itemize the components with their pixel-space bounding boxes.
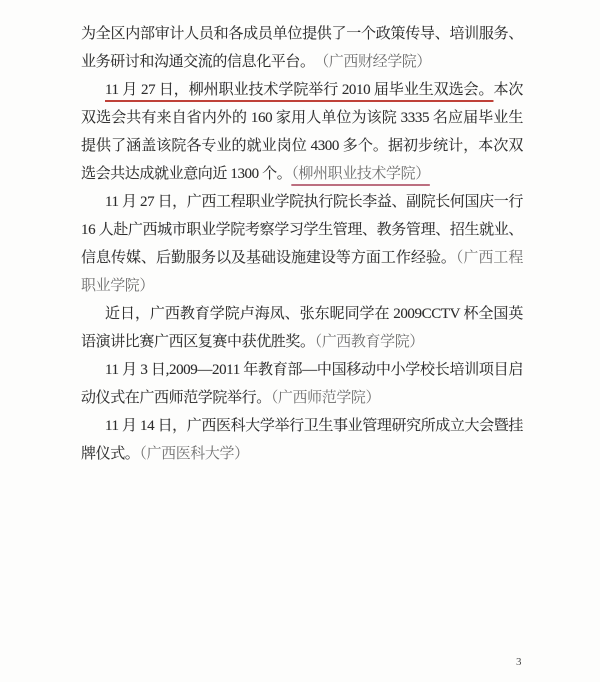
body-text: 为全区内部审计人员和各成员单位提供了一个政策传导、培训服务、业务研讨和沟通交流的…: [81, 26, 523, 70]
page-number: 3: [516, 656, 522, 668]
source-attribution: （广西师范学院）: [271, 390, 380, 406]
paragraph: 11 月 14 日，广西医科大学举行卫生事业管理研究所成立大会暨挂牌仪式。（广西…: [81, 412, 523, 468]
paragraph: 11 月 27 日，广西工程职业学院执行院长李益、副院长何国庆一行 16 人赴广…: [81, 188, 523, 300]
source-attribution: （广西医科大学）: [139, 446, 248, 462]
paragraph: 11 月 3 日,2009—2011 年教育部—中国移动中小学校长培训项目启动仪…: [81, 356, 523, 412]
document-body: 为全区内部审计人员和各成员单位提供了一个政策传导、培训服务、业务研讨和沟通交流的…: [81, 20, 523, 468]
scanned-document-page: 为全区内部审计人员和各成员单位提供了一个政策传导、培训服务、业务研讨和沟通交流的…: [0, 0, 600, 682]
source-attribution-underlined: （柳州职业技术学院）: [291, 166, 430, 182]
underlined-headline: 11 月 27 日，柳州职业技术学院举行 2010 届毕业生双选会。: [105, 82, 493, 98]
paragraph: 近日，广西教育学院卢海凤、张东昵同学在 2009CCTV 杯全国英语演讲比赛广西…: [81, 300, 523, 356]
paragraph: 为全区内部审计人员和各成员单位提供了一个政策传导、培训服务、业务研讨和沟通交流的…: [81, 20, 523, 76]
paragraph: 11 月 27 日，柳州职业技术学院举行 2010 届毕业生双选会。本次双选会共…: [81, 76, 523, 188]
source-attribution: （广西财经学院）: [322, 54, 431, 70]
source-attribution: （广西教育学院）: [315, 334, 424, 350]
body-text: 近日，广西教育学院卢海凤、张东昵同学在 2009CCTV 杯全国英语演讲比赛广西…: [81, 306, 523, 350]
